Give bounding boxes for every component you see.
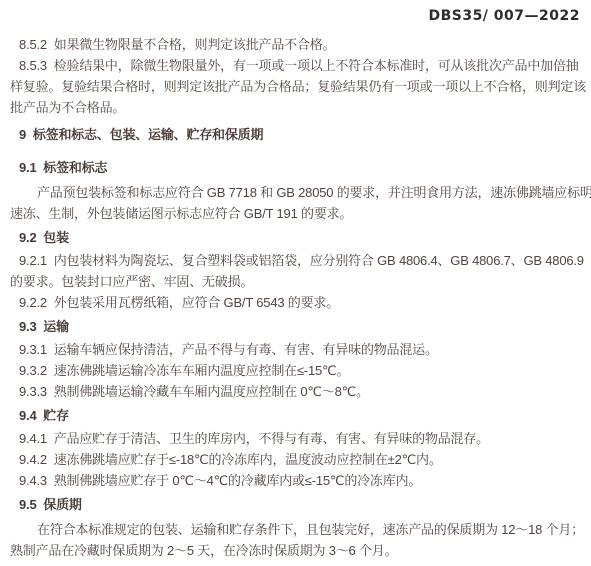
heading-text: 9.4 贮存 <box>19 405 591 426</box>
section-heading: 9.2 包装 <box>0 227 591 248</box>
clause: 9.3.3 熟制佛跳墙运输冷藏车车厢内温度应控制在 0℃～8℃。 <box>0 381 591 402</box>
heading-text: 9.5 保质期 <box>19 494 591 515</box>
heading-text: 9.2 包装 <box>19 227 591 248</box>
standard-number: DBS35/ 007—2022 <box>428 8 580 24</box>
section-heading: 9.4 贮存 <box>0 405 591 426</box>
clause: 9.2.2 外包装采用瓦楞纸箱，应符合 GB/T 6543 的要求。 <box>0 292 591 313</box>
body-line: 产品预包装标签和标志应符合 GB 7718 和 GB 28050 的要求，并注明… <box>37 182 591 203</box>
heading-text: 9 标签和标志、包装、运输、贮存和保质期 <box>19 124 591 145</box>
section-heading: 9 标签和标志、包装、运输、贮存和保质期 <box>0 124 591 145</box>
body-line: 的要求。包装封口应严密、牢固、无破损。 <box>10 271 591 292</box>
body-line: 8.5.2 如果微生物限量不合格，则判定该批产品不合格。 <box>19 34 591 55</box>
body-line: 9.2.1 内包装材料为陶瓷坛、复合塑料袋或铝箔袋，应分别符合 GB 4806.… <box>19 250 591 271</box>
section-heading: 9.3 运输 <box>0 316 591 337</box>
body-line: 样复验。复验结果合格时，则判定该批产品为合格品；复验结果仍有一项或一项以上不合格… <box>10 76 591 97</box>
body-line: 9.4.3 熟制佛跳墙应贮存于 0℃～4℃的冷藏库内或≤-15℃的冷冻库内。 <box>19 470 591 491</box>
body-line: 9.4.2 速冻佛跳墙应贮存于≤-18℃的冷冻库内，温度波动应控制在±2℃内。 <box>19 449 591 470</box>
body-line: 8.5.3 检验结果中，除微生物限量外，有一项或一项以上不符合本标准时，可从该批… <box>19 55 591 76</box>
body-line: 9.3.2 速冻佛跳墙运输冷冻车车厢内温度应控制在≤-15℃。 <box>19 360 591 381</box>
document-body: 8.5.2 如果微生物限量不合格，则判定该批产品不合格。8.5.3 检验结果中，… <box>0 34 591 561</box>
body-line: 9.3.1 运输车辆应保持清洁，产品不得与有毒、有害、有异味的物品混运。 <box>19 339 591 360</box>
clause: 9.2.1 内包装材料为陶瓷坛、复合塑料袋或铝箔袋，应分别符合 GB 4806.… <box>0 250 591 292</box>
body-line: 熟制产品在冷藏时保质期为 2～5 天，在冷冻时保质期为 3～6 个月。 <box>10 540 591 561</box>
body-line: 在符合本标准规定的包装、运输和贮存条件下，且包装完好，速冻产品的保质期为 12～… <box>37 519 591 540</box>
heading-text: 9.1 标签和标志 <box>19 157 591 178</box>
clause: 8.5.3 检验结果中，除微生物限量外，有一项或一项以上不符合本标准时，可从该批… <box>0 55 591 118</box>
body-line: 速冻、生制，外包装储运图示标志应符合 GB/T 191 的要求。 <box>10 203 591 224</box>
clause: 9.4.1 产品应贮存于清洁、卫生的库房内，不得与有毒、有害、有异味的物品混存。 <box>0 428 591 449</box>
clause: 9.3.2 速冻佛跳墙运输冷冻车车厢内温度应控制在≤-15℃。 <box>0 360 591 381</box>
paragraph: 产品预包装标签和标志应符合 GB 7718 和 GB 28050 的要求，并注明… <box>0 182 591 224</box>
clause: 8.5.2 如果微生物限量不合格，则判定该批产品不合格。 <box>0 34 591 55</box>
body-line: 9.2.2 外包装采用瓦楞纸箱，应符合 GB/T 6543 的要求。 <box>19 292 591 313</box>
paragraph: 在符合本标准规定的包装、运输和贮存条件下，且包装完好，速冻产品的保质期为 12～… <box>0 519 591 561</box>
section-heading: 9.1 标签和标志 <box>0 157 591 178</box>
body-line: 9.4.1 产品应贮存于清洁、卫生的库房内，不得与有毒、有害、有异味的物品混存。 <box>19 428 591 449</box>
clause: 9.4.3 熟制佛跳墙应贮存于 0℃～4℃的冷藏库内或≤-15℃的冷冻库内。 <box>0 470 591 491</box>
body-line: 9.3.3 熟制佛跳墙运输冷藏车车厢内温度应控制在 0℃～8℃。 <box>19 381 591 402</box>
clause: 9.3.1 运输车辆应保持清洁，产品不得与有毒、有害、有异味的物品混运。 <box>0 339 591 360</box>
heading-text: 9.3 运输 <box>19 316 591 337</box>
clause: 9.4.2 速冻佛跳墙应贮存于≤-18℃的冷冻库内，温度波动应控制在±2℃内。 <box>0 449 591 470</box>
document-page: DBS35/ 007—2022 8.5.2 如果微生物限量不合格，则判定该批产品… <box>0 0 591 566</box>
section-heading: 9.5 保质期 <box>0 494 591 515</box>
body-line: 批产品为不合格品。 <box>10 97 591 118</box>
